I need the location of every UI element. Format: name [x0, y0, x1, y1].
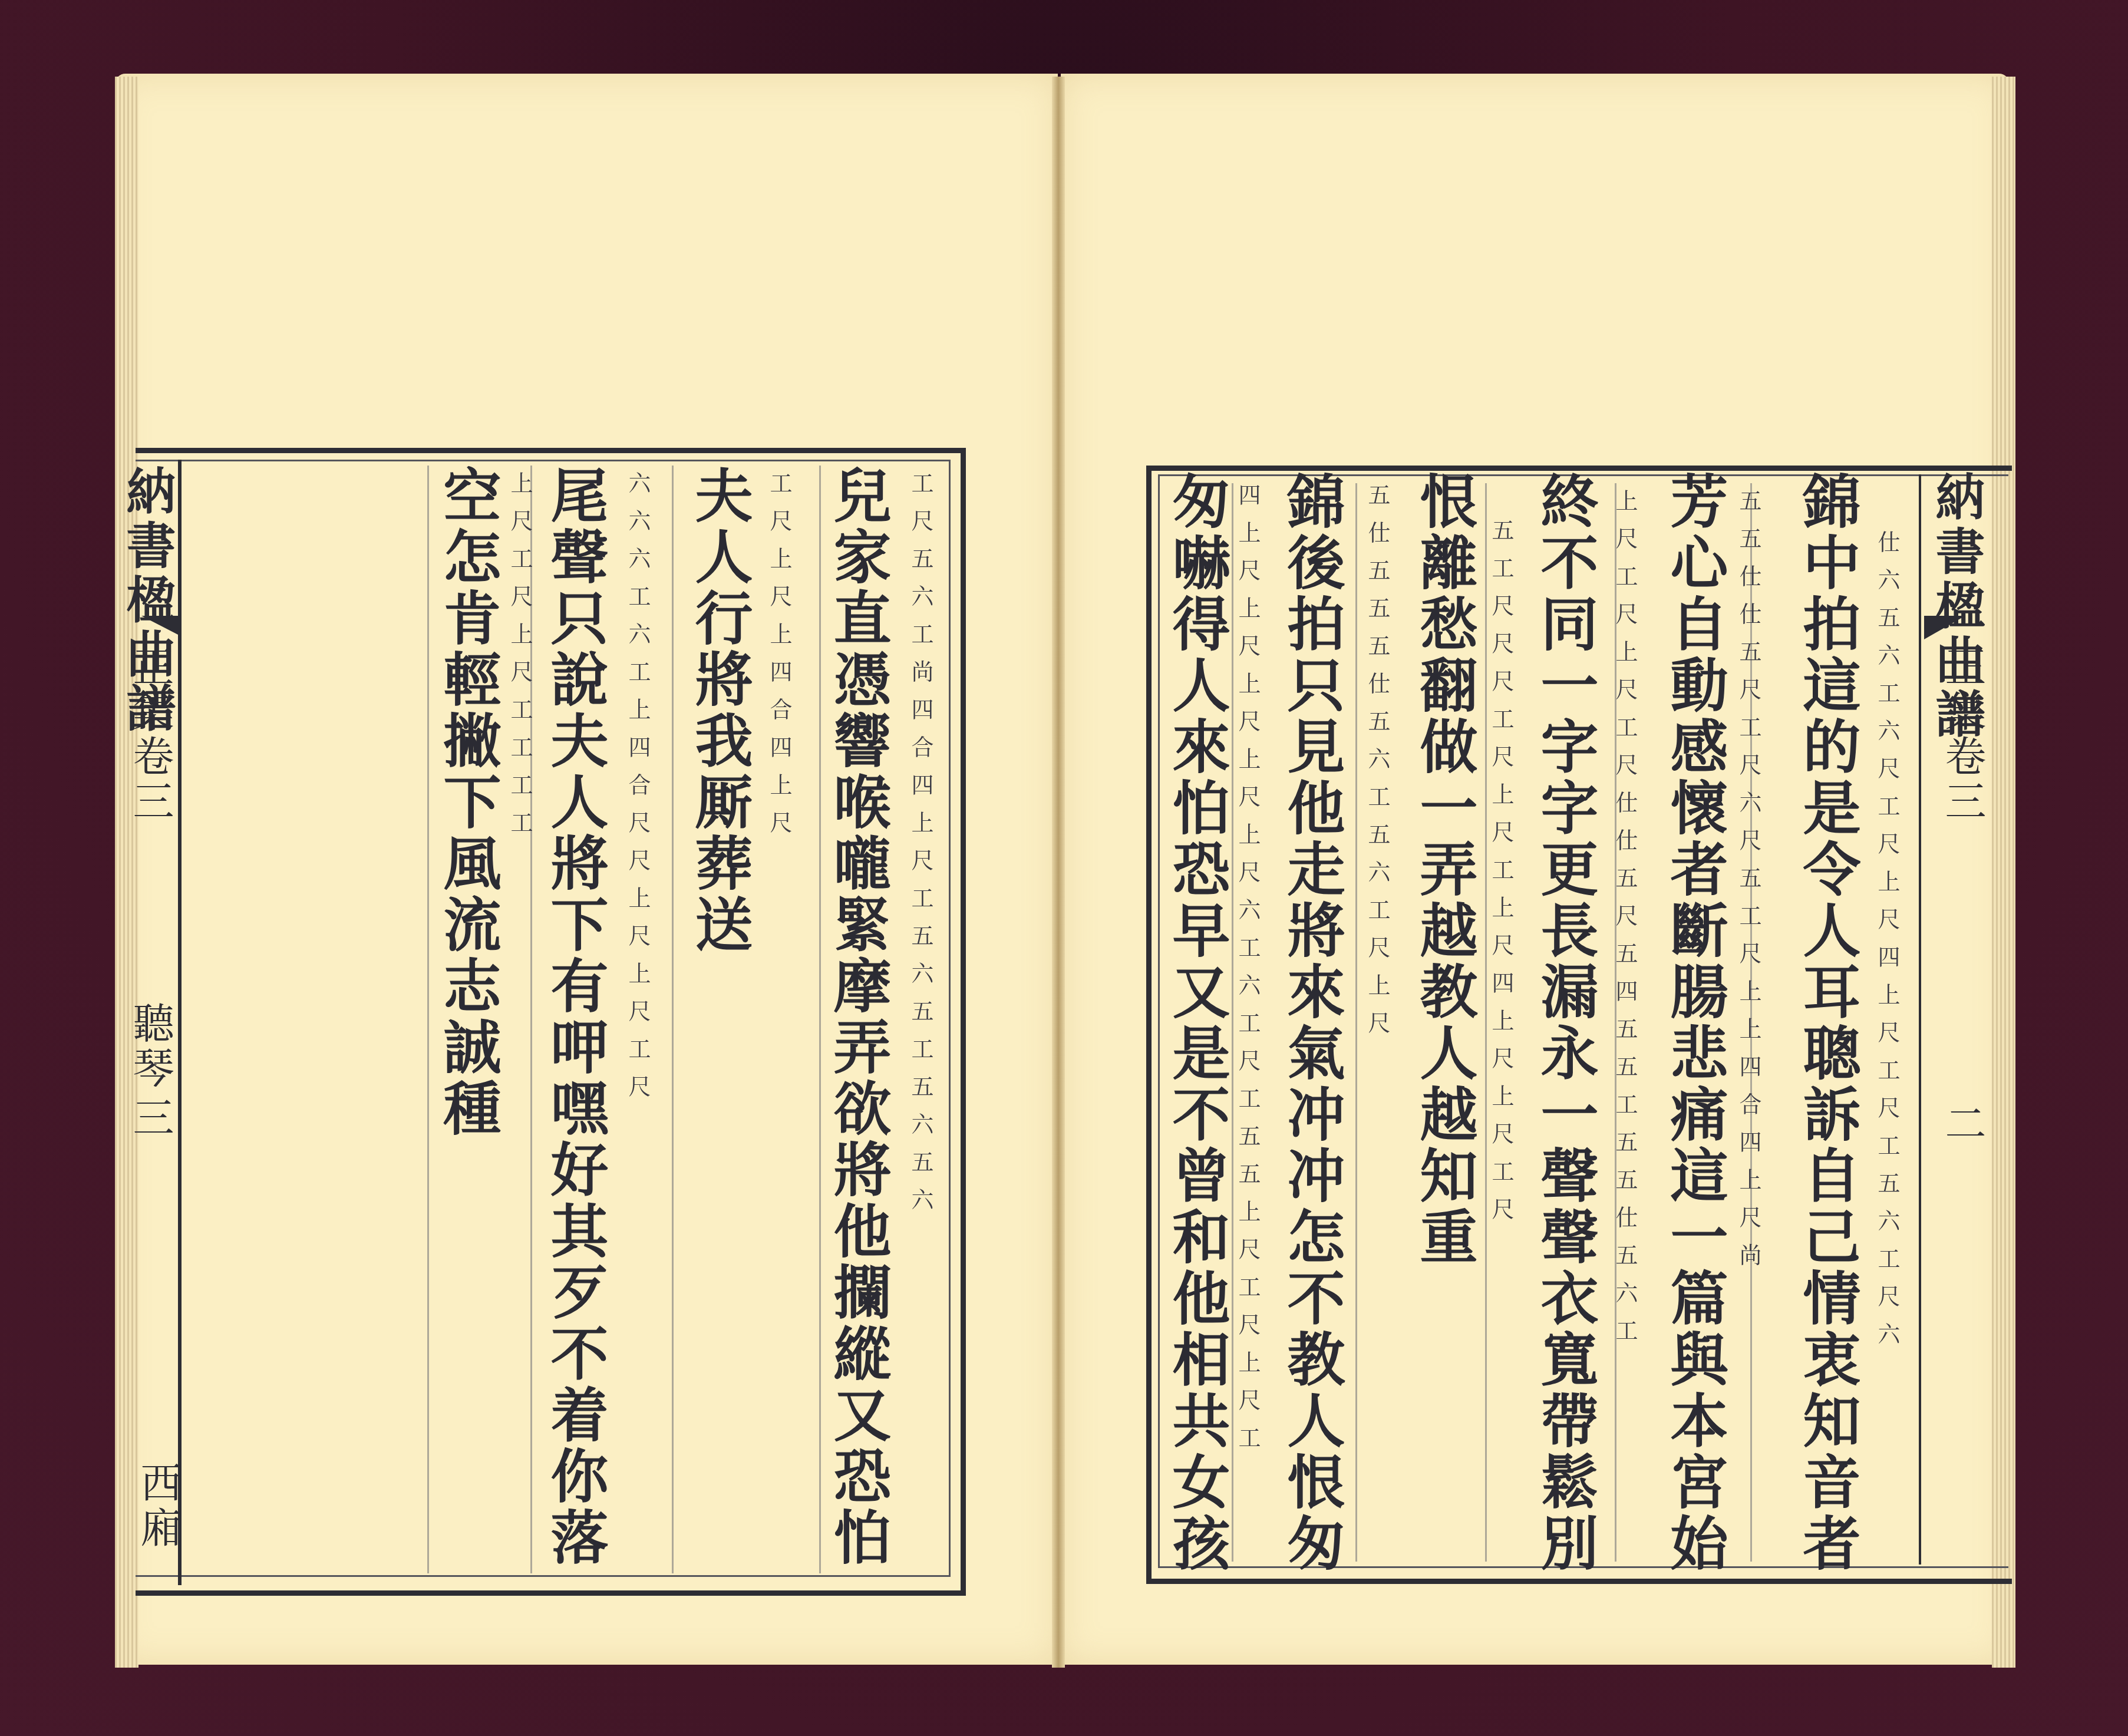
left-spine-rule [178, 460, 182, 1585]
left-col-1-lyric: 兒家直憑響喉嚨緊摩弄欲將他攔縱又恐怕 [825, 466, 890, 1569]
left-col-3-lyric: 尾聲只說夫人將下有呷嘿好其歹不着你落 [542, 466, 607, 1569]
left-col-2-notation: 工尺上尺上四合四上尺 [766, 471, 792, 849]
left-page-edges [115, 77, 138, 1668]
right-column-rule [1485, 483, 1487, 1562]
right-col-3-notation: 上尺工尺上尺工尺仕仕五尺五四五五工五五仕五六工 [1612, 489, 1638, 1357]
left-col-2-lyric: 夫人行將我厮葬送 [687, 466, 751, 956]
left-column-rule [819, 466, 821, 1573]
right-col-5-lyric: 錦後拍只見他走將來氣冲冲怎不教人恨匆 [1279, 471, 1344, 1575]
right-col-3-lyric: 終不同一字字更長漏永一聲聲衣寬帶鬆別 [1532, 471, 1597, 1575]
left-column-rule [427, 466, 429, 1573]
right-column-rule [1232, 483, 1233, 1562]
left-fishtail-mark [141, 616, 178, 635]
left-spine-scene: 聽琴 [127, 1002, 174, 1091]
right-spine-volume: 正集卷三 [1939, 645, 1986, 824]
left-spine-play: 西廂 [134, 1461, 182, 1551]
right-col-1-notation: 仕六五六工六尺工尺上尺四上尺工尺工五六工尺六 [1874, 530, 1900, 1360]
left-col-4-notation: 上尺工尺上尺工工工工 [507, 471, 533, 849]
left-spine-volume: 正集卷三 [127, 645, 174, 824]
left-col-3-notation: 六六六工六工上四合尺尺上尺上尺工尺 [625, 471, 651, 1113]
right-col-4-notation: 五工尺尺尺工尺上尺工上尺四上尺上尺工尺 [1488, 519, 1514, 1235]
right-fishtail-mark [1924, 616, 1965, 639]
right-col-2-notation: 五五仕仕五尺工尺六尺五工尺上上四合四上尺尚 [1736, 489, 1761, 1281]
right-spine-rule [1919, 474, 1921, 1565]
right-col-1-lyric: 錦中拍這的是令人耳聰訴自己情衷知音者 [1794, 471, 1859, 1575]
right-col-4-lyric: 恨離愁翻做一弄越教人越知重 [1411, 471, 1476, 1268]
left-spine-page-number: 三 [127, 1096, 174, 1141]
left-column-rule [672, 466, 674, 1573]
right-col-6-lyric: 匆嚇得人來怕恐早又是不曾和他相共女孩 [1164, 471, 1229, 1575]
right-col-5-notation: 五仕五五五仕五六工五六工尺上尺 [1364, 483, 1390, 1049]
right-col-6-notation: 四上尺上尺上尺上尺上尺六工六工尺工五五上尺工尺上尺工 [1235, 483, 1261, 1464]
right-spine-page-number: 二 [1939, 1102, 1986, 1147]
book-gutter [1052, 77, 1065, 1668]
right-col-2-lyric: 芳心自動感懷者斷腸悲痛這一篇與本宮始 [1662, 471, 1727, 1575]
left-col-4-lyric: 空怎肯輕撇下風流志誠種 [435, 466, 500, 1140]
right-column-rule [1355, 483, 1357, 1562]
left-col-1-notation: 工尺五六工尚四合四上尺工五六五工五六五六 [908, 471, 933, 1226]
